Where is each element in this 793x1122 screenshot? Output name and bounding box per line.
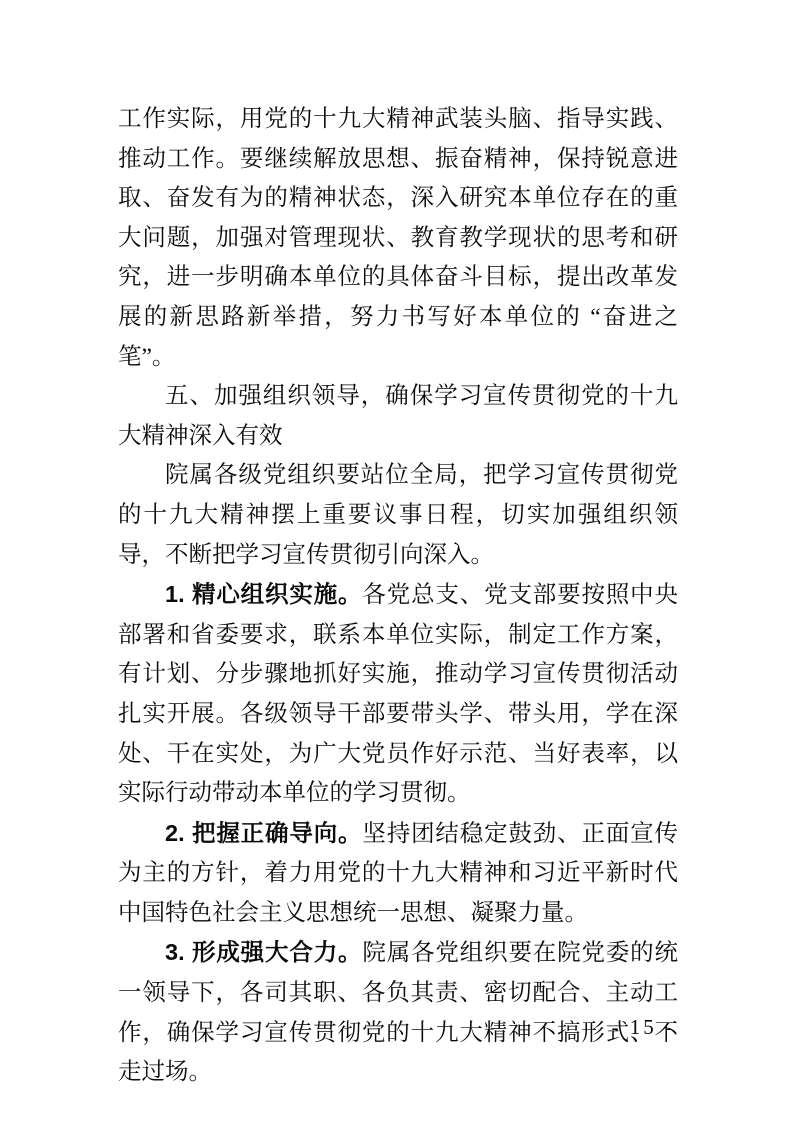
- item-lead: 形成强大合力。: [192, 939, 362, 965]
- paragraph-text: 院属各级党组织要站位全局，把学习宣传贯彻党的十九大精神摆上重要议事日程，切实加强…: [118, 462, 678, 567]
- page-number: - 15 -: [612, 1014, 676, 1040]
- paragraph-item-3: 3. 形成强大合力。院属各党组织要在院党委的统一领导下，各司其职、各负其责、密切…: [118, 933, 678, 1092]
- item-number: 2.: [165, 820, 192, 846]
- paragraph-text: 各党总支、党支部要按照中央部署和省委要求，联系本单位实际，制定工作方案，有计划、…: [118, 582, 678, 806]
- paragraph-continuation: 工作实际，用党的十九大精神武装头脑、指导实践、推动工作。要继续解放思想、振奋精神…: [118, 100, 678, 377]
- paragraph-text: 工作实际，用党的十九大精神武装头脑、指导实践、推动工作。要继续解放思想、振奋精神…: [118, 106, 678, 370]
- item-number: 3.: [165, 939, 192, 965]
- paragraph-item-2: 2. 把握正确导向。坚持团结稳定鼓劲、正面宣传为主的方针，着力用党的十九大精神和…: [118, 814, 678, 934]
- paragraph-item-1: 1. 精心组织实施。各党总支、党支部要按照中央部署和省委要求，联系本单位实际，制…: [118, 575, 678, 814]
- document-page: 工作实际，用党的十九大精神武装头脑、指导实践、推动工作。要继续解放思想、振奋精神…: [0, 0, 793, 1122]
- paragraph-intro: 院属各级党组织要站位全局，把学习宣传贯彻党的十九大精神摆上重要议事日程，切实加强…: [118, 456, 678, 575]
- section-heading-text: 五、加强组织领导，确保学习宣传贯彻党的十九大精神深入有效: [118, 383, 678, 449]
- item-number: 1.: [165, 581, 192, 607]
- item-lead: 把握正确导向。: [192, 820, 362, 846]
- item-lead: 精心组织实施。: [192, 581, 362, 607]
- paragraph-section-heading: 五、加强组织领导，确保学习宣传贯彻党的十九大精神深入有效: [118, 377, 678, 456]
- document-body: 工作实际，用党的十九大精神武装头脑、指导实践、推动工作。要继续解放思想、振奋精神…: [118, 100, 678, 1093]
